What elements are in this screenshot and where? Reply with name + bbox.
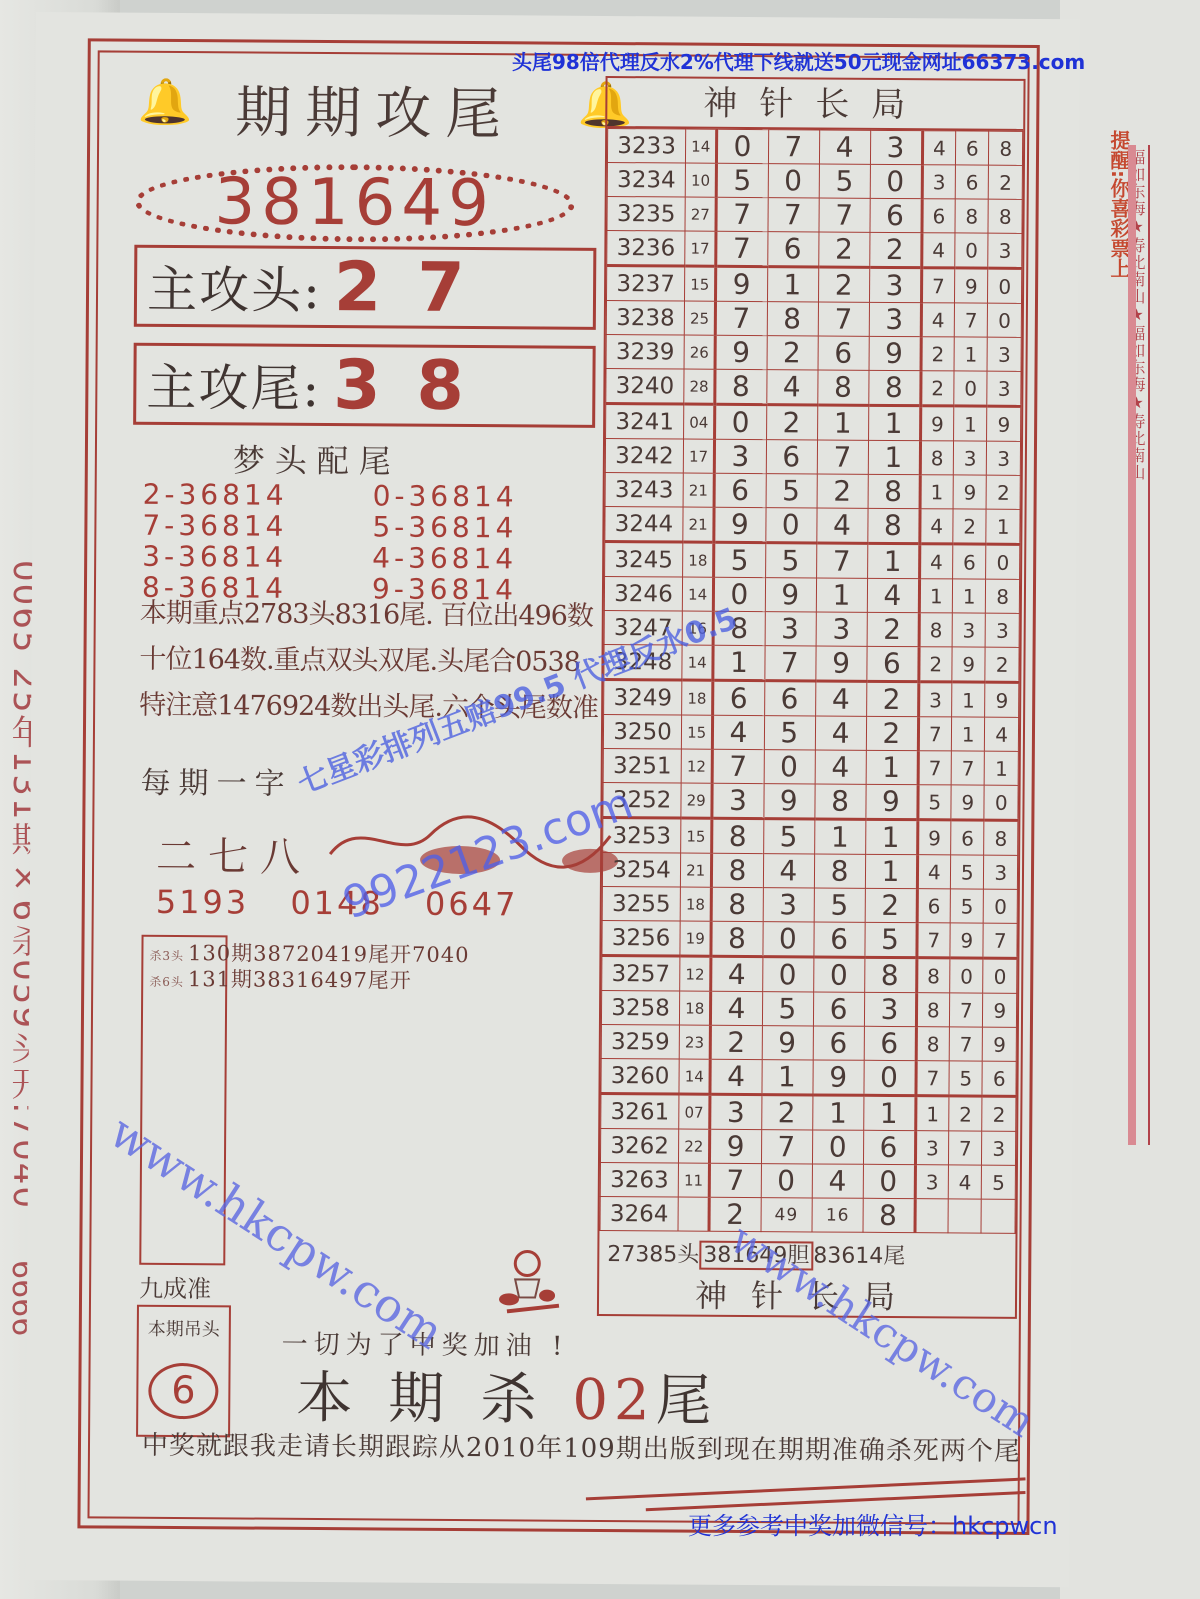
issue-cell: 3244 bbox=[605, 506, 683, 542]
main-digit-cell: 2 bbox=[819, 232, 871, 267]
hanging-head-box: 本期吊头 6 bbox=[136, 1305, 231, 1438]
tail-digit-cell: 5 bbox=[982, 1165, 1016, 1199]
main-digit-cell: 2 bbox=[867, 612, 919, 646]
tail-digit-cell: 4 bbox=[922, 131, 956, 165]
main-digit-cell: 0 bbox=[761, 1164, 813, 1198]
tail-digit-cell: 5 bbox=[917, 785, 951, 820]
issue-cell: 3233 bbox=[607, 128, 685, 163]
main-digit-cell: 4 bbox=[815, 750, 867, 784]
sum-cell: 22 bbox=[679, 1129, 710, 1163]
main-digit-cell: 9 bbox=[714, 507, 766, 542]
main-digit-cell: 9 bbox=[715, 335, 767, 369]
tail-digit-cell: 9 bbox=[985, 682, 1019, 717]
tail-digit-cell: 1 bbox=[920, 475, 954, 509]
main-digit-cell: 4 bbox=[817, 508, 869, 543]
table-row: 3238257873470 bbox=[606, 300, 1021, 337]
tail-digit-cell: 0 bbox=[954, 371, 988, 406]
main-digit-cell: 1 bbox=[869, 405, 921, 440]
main-digit-cell: 8 bbox=[868, 474, 920, 508]
tail-digit-cell: 1 bbox=[915, 1096, 949, 1131]
main-digit-cell: 2 bbox=[766, 405, 818, 440]
tail-digit-cell: 3 bbox=[915, 1131, 949, 1165]
issue-cell: 3241 bbox=[606, 403, 684, 439]
tail-digit-cell: 6 bbox=[955, 165, 989, 199]
main-digit-cell: 1 bbox=[868, 543, 920, 578]
table-row: 3251127041771 bbox=[603, 748, 1018, 785]
table-row: 3239269269213 bbox=[606, 334, 1021, 371]
main-digit-cell: 6 bbox=[766, 440, 818, 474]
tail-digit-cell: 5 bbox=[950, 855, 984, 889]
tail-digit-cell: 6 bbox=[982, 1061, 1016, 1096]
tail-digit-cell: 9 bbox=[920, 406, 954, 441]
tail-digit-cell: 7 bbox=[949, 1027, 983, 1061]
main-digit-cell: 3 bbox=[870, 302, 922, 336]
main-digit-cell: 8 bbox=[767, 302, 819, 336]
tail-digit-cell: 0 bbox=[984, 889, 1018, 923]
hanging-head-label: 本期吊头 bbox=[139, 1315, 229, 1342]
sum-cell: 12 bbox=[680, 956, 711, 991]
attack-head-label: 主攻头: bbox=[147, 250, 322, 323]
tail-digit-cell: 5 bbox=[949, 1061, 983, 1096]
table-row: 3256198065797 bbox=[602, 920, 1017, 958]
tail-digit-cell: 1 bbox=[985, 751, 1019, 785]
tail-digit-cell: 7 bbox=[951, 751, 985, 785]
main-digit-cell: 1 bbox=[816, 578, 868, 612]
main-digit-cell: 4 bbox=[868, 578, 920, 612]
issue-cell: 3257 bbox=[602, 955, 680, 991]
main-digit-cell: 2 bbox=[818, 267, 870, 302]
main-digit-cell: 3 bbox=[816, 612, 868, 646]
issue-cell: 3246 bbox=[604, 576, 682, 611]
hanging-head-value: 6 bbox=[148, 1363, 218, 1419]
tail-digit-cell: 4 bbox=[921, 233, 955, 268]
main-digit-cell: 3 bbox=[763, 888, 815, 922]
tail-digit-cell: 4 bbox=[948, 1165, 982, 1199]
tail-digit-cell: 8 bbox=[989, 131, 1023, 165]
main-digit-cell: 6 bbox=[813, 1026, 865, 1060]
main-digit-cell: 1 bbox=[767, 267, 819, 302]
dream-section-title: 梦头配尾 bbox=[233, 435, 401, 482]
table-row: 3233140743468 bbox=[607, 128, 1022, 165]
sum-cell: 15 bbox=[681, 715, 712, 749]
tail-digit-cell: 1 bbox=[986, 509, 1020, 544]
main-digit-cell: 6 bbox=[767, 232, 819, 267]
main-digit-cell: 6 bbox=[713, 680, 765, 715]
tail-digit-cell: 0 bbox=[950, 958, 984, 993]
main-digit-cell: 4 bbox=[816, 681, 868, 716]
main-digit-cell: 8 bbox=[711, 887, 763, 921]
table-row: 3259232966879 bbox=[601, 1024, 1016, 1061]
tail-digit-cell: 3 bbox=[986, 613, 1020, 647]
tail-digit-cell: 3 bbox=[987, 441, 1021, 475]
tail-digit-cell: 8 bbox=[916, 958, 950, 993]
tail-digit-cell: 8 bbox=[986, 579, 1020, 613]
tail-digit-cell: 4 bbox=[985, 717, 1019, 751]
main-digit-cell: 4 bbox=[713, 715, 765, 749]
tail-digit-cell: 2 bbox=[921, 337, 955, 371]
tail-digit-cell: 7 bbox=[983, 923, 1017, 958]
history-table: 3233140743468323410505036232352777766883… bbox=[600, 128, 1024, 1234]
tail-digit-cell: 2 bbox=[987, 475, 1021, 509]
main-digit-cell: 7 bbox=[710, 1163, 762, 1197]
dream-pair: 5-36814 bbox=[372, 511, 602, 544]
main-digit-cell: 6 bbox=[864, 1026, 916, 1060]
main-digit-cell: 2 bbox=[867, 716, 919, 750]
daily-number: 5193 bbox=[156, 883, 250, 922]
main-digit-cell: 0 bbox=[717, 129, 769, 163]
issue-cell: 3256 bbox=[602, 920, 680, 956]
tail-digit-cell: 8 bbox=[920, 441, 954, 475]
footer-text: 中奖就跟我走请长期跟踪从2010年109期出版到现在期期准确杀死两个尾 bbox=[142, 1425, 1021, 1468]
tail-digit-cell: 8 bbox=[919, 613, 953, 647]
table-row: 3249186642319 bbox=[604, 679, 1019, 717]
main-digit-cell: 6 bbox=[764, 681, 816, 716]
main-digit-cell: 6 bbox=[867, 646, 919, 681]
main-digit-cell: 2 bbox=[767, 336, 819, 370]
table-row: 3236177622403 bbox=[607, 230, 1022, 268]
tail-digit-cell: 7 bbox=[918, 717, 952, 751]
tail-digit-cell: 0 bbox=[986, 544, 1020, 579]
main-digit-cell: 3 bbox=[871, 130, 923, 164]
main-digit-cell: 0 bbox=[863, 1164, 915, 1198]
tail-digit-cell: 9 bbox=[950, 923, 984, 958]
tail-digit-cell: 9 bbox=[955, 268, 989, 303]
sum-cell: 27 bbox=[685, 197, 716, 231]
table-row: 3262229706373 bbox=[600, 1128, 1015, 1165]
main-digit-cell: 7 bbox=[761, 1130, 813, 1164]
tail-digit-cell: 7 bbox=[954, 303, 988, 337]
issue-cell: 3259 bbox=[601, 1024, 679, 1059]
attack-tail-value: 38 bbox=[333, 346, 500, 426]
main-digit-cell: 8 bbox=[865, 957, 917, 992]
main-digit-cell: 1 bbox=[866, 819, 918, 854]
issue-cell: 3238 bbox=[606, 300, 684, 335]
kill-tail-value: 02 bbox=[572, 1368, 656, 1434]
kill-text: 131期38316497尾开 bbox=[188, 967, 412, 993]
dream-pair: 0-36814 bbox=[373, 480, 603, 513]
main-digit-cell: 2 bbox=[865, 888, 917, 922]
tail-digit-cell: 2 bbox=[985, 647, 1019, 682]
sum-cell: 04 bbox=[684, 404, 715, 439]
table-title: 神针长局 bbox=[607, 78, 1023, 131]
main-digit-cell: 4 bbox=[711, 956, 763, 991]
main-digit-cell: 5 bbox=[717, 163, 769, 197]
tail-digit-cell: 2 bbox=[953, 509, 987, 544]
tail-digit-cell: 1 bbox=[954, 337, 988, 371]
main-digit-cell: 1 bbox=[815, 819, 867, 854]
issue-cell: 3250 bbox=[603, 714, 681, 749]
sum-cell bbox=[678, 1197, 709, 1231]
main-digit-cell: 0 bbox=[765, 508, 817, 543]
main-digit-cell: 7 bbox=[819, 198, 871, 232]
issue-cell: 3242 bbox=[605, 438, 683, 473]
table-row: 3244219048421 bbox=[605, 506, 1020, 544]
issue-cell: 3236 bbox=[607, 230, 685, 266]
main-digit-cell: 1 bbox=[869, 440, 921, 474]
sum-cell: 21 bbox=[680, 853, 711, 887]
dream-pair: 3-36814 bbox=[142, 541, 372, 574]
main-digit-cell: 7 bbox=[818, 302, 870, 336]
main-digit-cell: 7 bbox=[768, 198, 820, 232]
sum-cell: 07 bbox=[679, 1094, 710, 1129]
kill-tag: 杀3头 bbox=[149, 949, 184, 963]
table-row: 3264249168 bbox=[600, 1196, 1015, 1233]
kill-tail-prefix: 本期杀 bbox=[296, 1366, 572, 1433]
tail-digit-cell: 6 bbox=[951, 820, 985, 855]
tail-digit-cell: 0 bbox=[988, 303, 1022, 337]
tail-digit-cell: 3 bbox=[987, 337, 1021, 371]
main-digit-cell: 7 bbox=[716, 301, 768, 335]
tail-digit-cell: 1 bbox=[952, 579, 986, 613]
issue-cell: 3249 bbox=[604, 679, 682, 715]
table-row: 3245185571460 bbox=[605, 541, 1020, 579]
kill-tag: 杀6头 bbox=[149, 975, 184, 989]
sum-cell: 18 bbox=[680, 991, 711, 1025]
sum-cell: 17 bbox=[683, 439, 714, 473]
tail-digit-cell: 8 bbox=[984, 820, 1018, 855]
main-digit-cell: 8 bbox=[715, 369, 767, 404]
table-row: 3263117040345 bbox=[600, 1162, 1015, 1199]
main-digit-cell: 5 bbox=[764, 716, 816, 750]
main-digit-cell: 5 bbox=[819, 164, 871, 198]
table-row: 3258184563879 bbox=[601, 990, 1016, 1027]
tail-digit-cell: 4 bbox=[919, 509, 953, 544]
main-digit-cell: 9 bbox=[716, 266, 768, 301]
tail-digit-cell: 4 bbox=[919, 544, 953, 579]
table-row: 3257124008800 bbox=[602, 955, 1017, 993]
tail-digit-cell: 3 bbox=[953, 441, 987, 475]
main-attack-tail-box: 主攻尾: 38 bbox=[133, 343, 596, 428]
main-digit-cell: 8 bbox=[869, 370, 921, 405]
issue-cell: 3261 bbox=[601, 1093, 679, 1129]
main-digit-cell: 5 bbox=[762, 992, 814, 1026]
main-digit-cell: 8 bbox=[815, 784, 867, 819]
main-digit-cell: 3 bbox=[715, 439, 767, 473]
tail-digit-cell: 8 bbox=[955, 199, 989, 233]
tail-digit-cell: 0 bbox=[984, 785, 1018, 820]
watermark-top-banner: 头尾98倍代理反水2%代理下线就送50元现金网址66373.com bbox=[512, 46, 1085, 75]
main-digit-cell: 0 bbox=[715, 404, 767, 439]
tail-digit-cell: 0 bbox=[988, 268, 1022, 303]
sum-cell: 18 bbox=[680, 887, 711, 921]
sum-cell: 26 bbox=[684, 335, 715, 369]
tail-digit-cell: 8 bbox=[916, 1027, 950, 1061]
main-digit-cell: 7 bbox=[768, 130, 820, 164]
main-digit-cell: 0 bbox=[763, 922, 815, 957]
tail-digit-cell: 3 bbox=[915, 1165, 949, 1199]
table-row: 3255188352650 bbox=[602, 886, 1017, 923]
main-digit-cell: 0 bbox=[764, 750, 816, 784]
tail-digit-cell: 6 bbox=[922, 199, 956, 233]
main-digit-cell: 1 bbox=[817, 405, 869, 440]
main-digit-cell: 8 bbox=[818, 370, 870, 405]
tail-digit-cell: 3 bbox=[922, 165, 956, 199]
tail-digit-cell: 9 bbox=[951, 785, 985, 820]
daily-label: 每期一字 bbox=[140, 758, 292, 803]
main-digit-cell: 7 bbox=[817, 543, 869, 578]
issue-cell: 3245 bbox=[605, 541, 683, 577]
tail-digit-cell: 3 bbox=[987, 371, 1021, 406]
main-digit-cell: 7 bbox=[764, 646, 816, 681]
tail-digit-cell bbox=[948, 1199, 982, 1233]
main-digit-cell: 4 bbox=[763, 854, 815, 888]
main-digit-cell: 6 bbox=[714, 473, 766, 507]
tail-digit-cell: 7 bbox=[916, 923, 950, 958]
main-digit-cell: 4 bbox=[711, 991, 763, 1025]
issue-cell: 3243 bbox=[605, 472, 683, 507]
table-row: 3261073211122 bbox=[601, 1093, 1016, 1131]
tail-digit-cell: 0 bbox=[983, 958, 1017, 993]
sum-cell: 23 bbox=[679, 1025, 710, 1059]
tail-digit-cell: 4 bbox=[917, 855, 951, 889]
sum-cell: 12 bbox=[681, 749, 712, 783]
main-digit-cell: 5 bbox=[714, 542, 766, 577]
tail-digit-cell: 7 bbox=[916, 1061, 950, 1096]
main-digit-cell: 5 bbox=[763, 819, 815, 854]
dream-pair: 7-36814 bbox=[142, 510, 372, 543]
sum-cell: 21 bbox=[683, 473, 714, 507]
main-digit-cell: 8 bbox=[712, 853, 764, 887]
tail-digit-cell: 3 bbox=[984, 855, 1018, 889]
tail-digit-cell: 7 bbox=[918, 751, 952, 785]
main-digit-cell: 2 bbox=[867, 681, 919, 716]
attack-tail-label: 主攻尾: bbox=[146, 348, 321, 421]
table-row: 3250154542714 bbox=[603, 714, 1018, 751]
issue-cell: 3258 bbox=[601, 990, 679, 1025]
tail-digit-cell: 7 bbox=[948, 1131, 982, 1165]
table-row: 3241040211919 bbox=[606, 403, 1021, 441]
history-table-panel: 神针长局 32331407434683234105050362323527777… bbox=[597, 76, 1026, 1319]
sum-cell: 19 bbox=[680, 921, 711, 956]
main-digit-cell: 9 bbox=[866, 784, 918, 819]
issue-cell: 3264 bbox=[600, 1196, 678, 1231]
main-digit-cell: 5 bbox=[765, 543, 817, 578]
tail-digit-cell: 2 bbox=[982, 1096, 1016, 1131]
tail-digit-cell: 1 bbox=[952, 682, 986, 717]
table-row: 3242173671833 bbox=[605, 438, 1020, 475]
main-digit-cell: 3 bbox=[712, 783, 764, 818]
main-digit-cell: 0 bbox=[870, 164, 922, 198]
main-digit-cell: 6 bbox=[814, 922, 866, 957]
issue-cell: 3234 bbox=[607, 162, 685, 197]
main-digit-cell: 9 bbox=[813, 1060, 865, 1095]
tail-digit-cell: 8 bbox=[988, 199, 1022, 233]
footer-head: 27385头 bbox=[607, 1242, 699, 1268]
main-digit-cell: 5 bbox=[766, 474, 818, 508]
table-row: 3234105050362 bbox=[607, 162, 1022, 199]
tail-digit-cell: 8 bbox=[916, 993, 950, 1027]
sum-cell: 21 bbox=[683, 507, 714, 542]
tail-digit-cell: 9 bbox=[987, 406, 1021, 441]
tail-digit-cell bbox=[981, 1199, 1015, 1233]
table-row: 3243216528192 bbox=[605, 472, 1020, 509]
main-digit-cell: 4 bbox=[819, 130, 871, 164]
kill-tail-headline: 本期杀02尾 bbox=[296, 1354, 748, 1437]
tail-digit-cell: 3 bbox=[982, 1131, 1016, 1165]
tail-digit-cell: 1 bbox=[954, 406, 988, 441]
main-digit-cell: 1 bbox=[713, 645, 765, 680]
tail-digit-cell: 6 bbox=[955, 131, 989, 165]
tail-digit-cell: 2 bbox=[989, 165, 1023, 199]
dream-pairs-grid: 2-36814 0-36814 7-36814 5-36814 3-36814 … bbox=[142, 479, 603, 606]
sum-cell: 10 bbox=[685, 163, 716, 197]
tail-digit-cell: 9 bbox=[983, 1027, 1017, 1061]
page-title: 期期攻尾 bbox=[235, 68, 516, 150]
table-row: 3253158511968 bbox=[603, 817, 1018, 855]
main-digit-cell: 3 bbox=[710, 1094, 762, 1129]
main-digit-cell: 2 bbox=[761, 1095, 813, 1130]
tail-digit-cell: 7 bbox=[921, 268, 955, 303]
tail-digit-cell: 3 bbox=[918, 682, 952, 717]
sum-cell: 14 bbox=[679, 1059, 710, 1094]
issue-cell: 3255 bbox=[602, 886, 680, 921]
issue-cell: 3237 bbox=[606, 265, 684, 301]
tail-digit-cell: 1 bbox=[919, 579, 953, 613]
note-line: 本期重点2783头8316尾. 百位出496数 bbox=[140, 591, 620, 640]
issue-cell: 3262 bbox=[600, 1128, 678, 1163]
main-digit-cell: 9 bbox=[762, 1026, 814, 1060]
attack-head-value: 27 bbox=[334, 248, 501, 328]
main-digit-cell: 8 bbox=[863, 1198, 915, 1232]
main-digit-cell: 8 bbox=[711, 921, 763, 956]
table-row: 3254218481453 bbox=[602, 852, 1017, 889]
table-row: 3246140914118 bbox=[604, 576, 1019, 613]
tail-digit-cell: 3 bbox=[988, 233, 1022, 268]
dream-pair: 4-36814 bbox=[372, 542, 602, 575]
main-digit-cell: 9 bbox=[765, 578, 817, 612]
tail-digit-cell: 9 bbox=[983, 993, 1017, 1027]
dream-pair: 2-36814 bbox=[143, 479, 373, 512]
main-digit-cell: 1 bbox=[866, 854, 918, 888]
main-attack-head-box: 主攻头: 27 bbox=[134, 245, 597, 330]
main-digit-cell: 2 bbox=[817, 474, 869, 508]
issue-cell: 3235 bbox=[607, 196, 685, 231]
main-digit-cell: 7 bbox=[817, 440, 869, 474]
mascot-icon bbox=[487, 1245, 567, 1316]
main-digit-cell: 3 bbox=[865, 992, 917, 1026]
table-row: 3252293989590 bbox=[603, 782, 1018, 820]
main-digit-cell: 0 bbox=[864, 1060, 916, 1095]
main-digit-cell: 9 bbox=[869, 336, 921, 370]
tail-digit-cell: 9 bbox=[953, 475, 987, 509]
main-digit-cell: 8 bbox=[868, 508, 920, 543]
main-digit-cell: 5 bbox=[814, 888, 866, 922]
sum-cell: 17 bbox=[685, 231, 716, 266]
background-right-numbers bbox=[1160, 0, 1200, 1599]
issue-cell: 3240 bbox=[606, 368, 684, 404]
table-row: 3240288488203 bbox=[606, 368, 1021, 406]
tail-digit-cell: 6 bbox=[917, 889, 951, 923]
tail-digit-cell: 4 bbox=[921, 303, 955, 337]
main-digit-cell: 2 bbox=[870, 232, 922, 267]
main-digit-cell: 1 bbox=[813, 1095, 865, 1130]
main-digit-cell: 0 bbox=[814, 957, 866, 992]
issue-cell: 3239 bbox=[606, 334, 684, 369]
main-digit-cell: 1 bbox=[866, 750, 918, 784]
sum-cell: 25 bbox=[684, 301, 715, 335]
main-digit-cell: 0 bbox=[768, 164, 820, 198]
sum-cell: 18 bbox=[683, 542, 714, 577]
main-digit-cell: 4 bbox=[710, 1059, 762, 1094]
main-digit-cell: 3 bbox=[765, 612, 817, 646]
main-digit-cell: 6 bbox=[864, 1130, 916, 1164]
tail-digit-cell bbox=[915, 1199, 949, 1233]
tail-digit-cell: 3 bbox=[952, 613, 986, 647]
main-digit-cell: 3 bbox=[870, 267, 922, 302]
tail-digit-cell: 7 bbox=[949, 993, 983, 1027]
bell-icon: 🔔 bbox=[135, 73, 195, 133]
table-row: 3235277776688 bbox=[607, 196, 1022, 233]
